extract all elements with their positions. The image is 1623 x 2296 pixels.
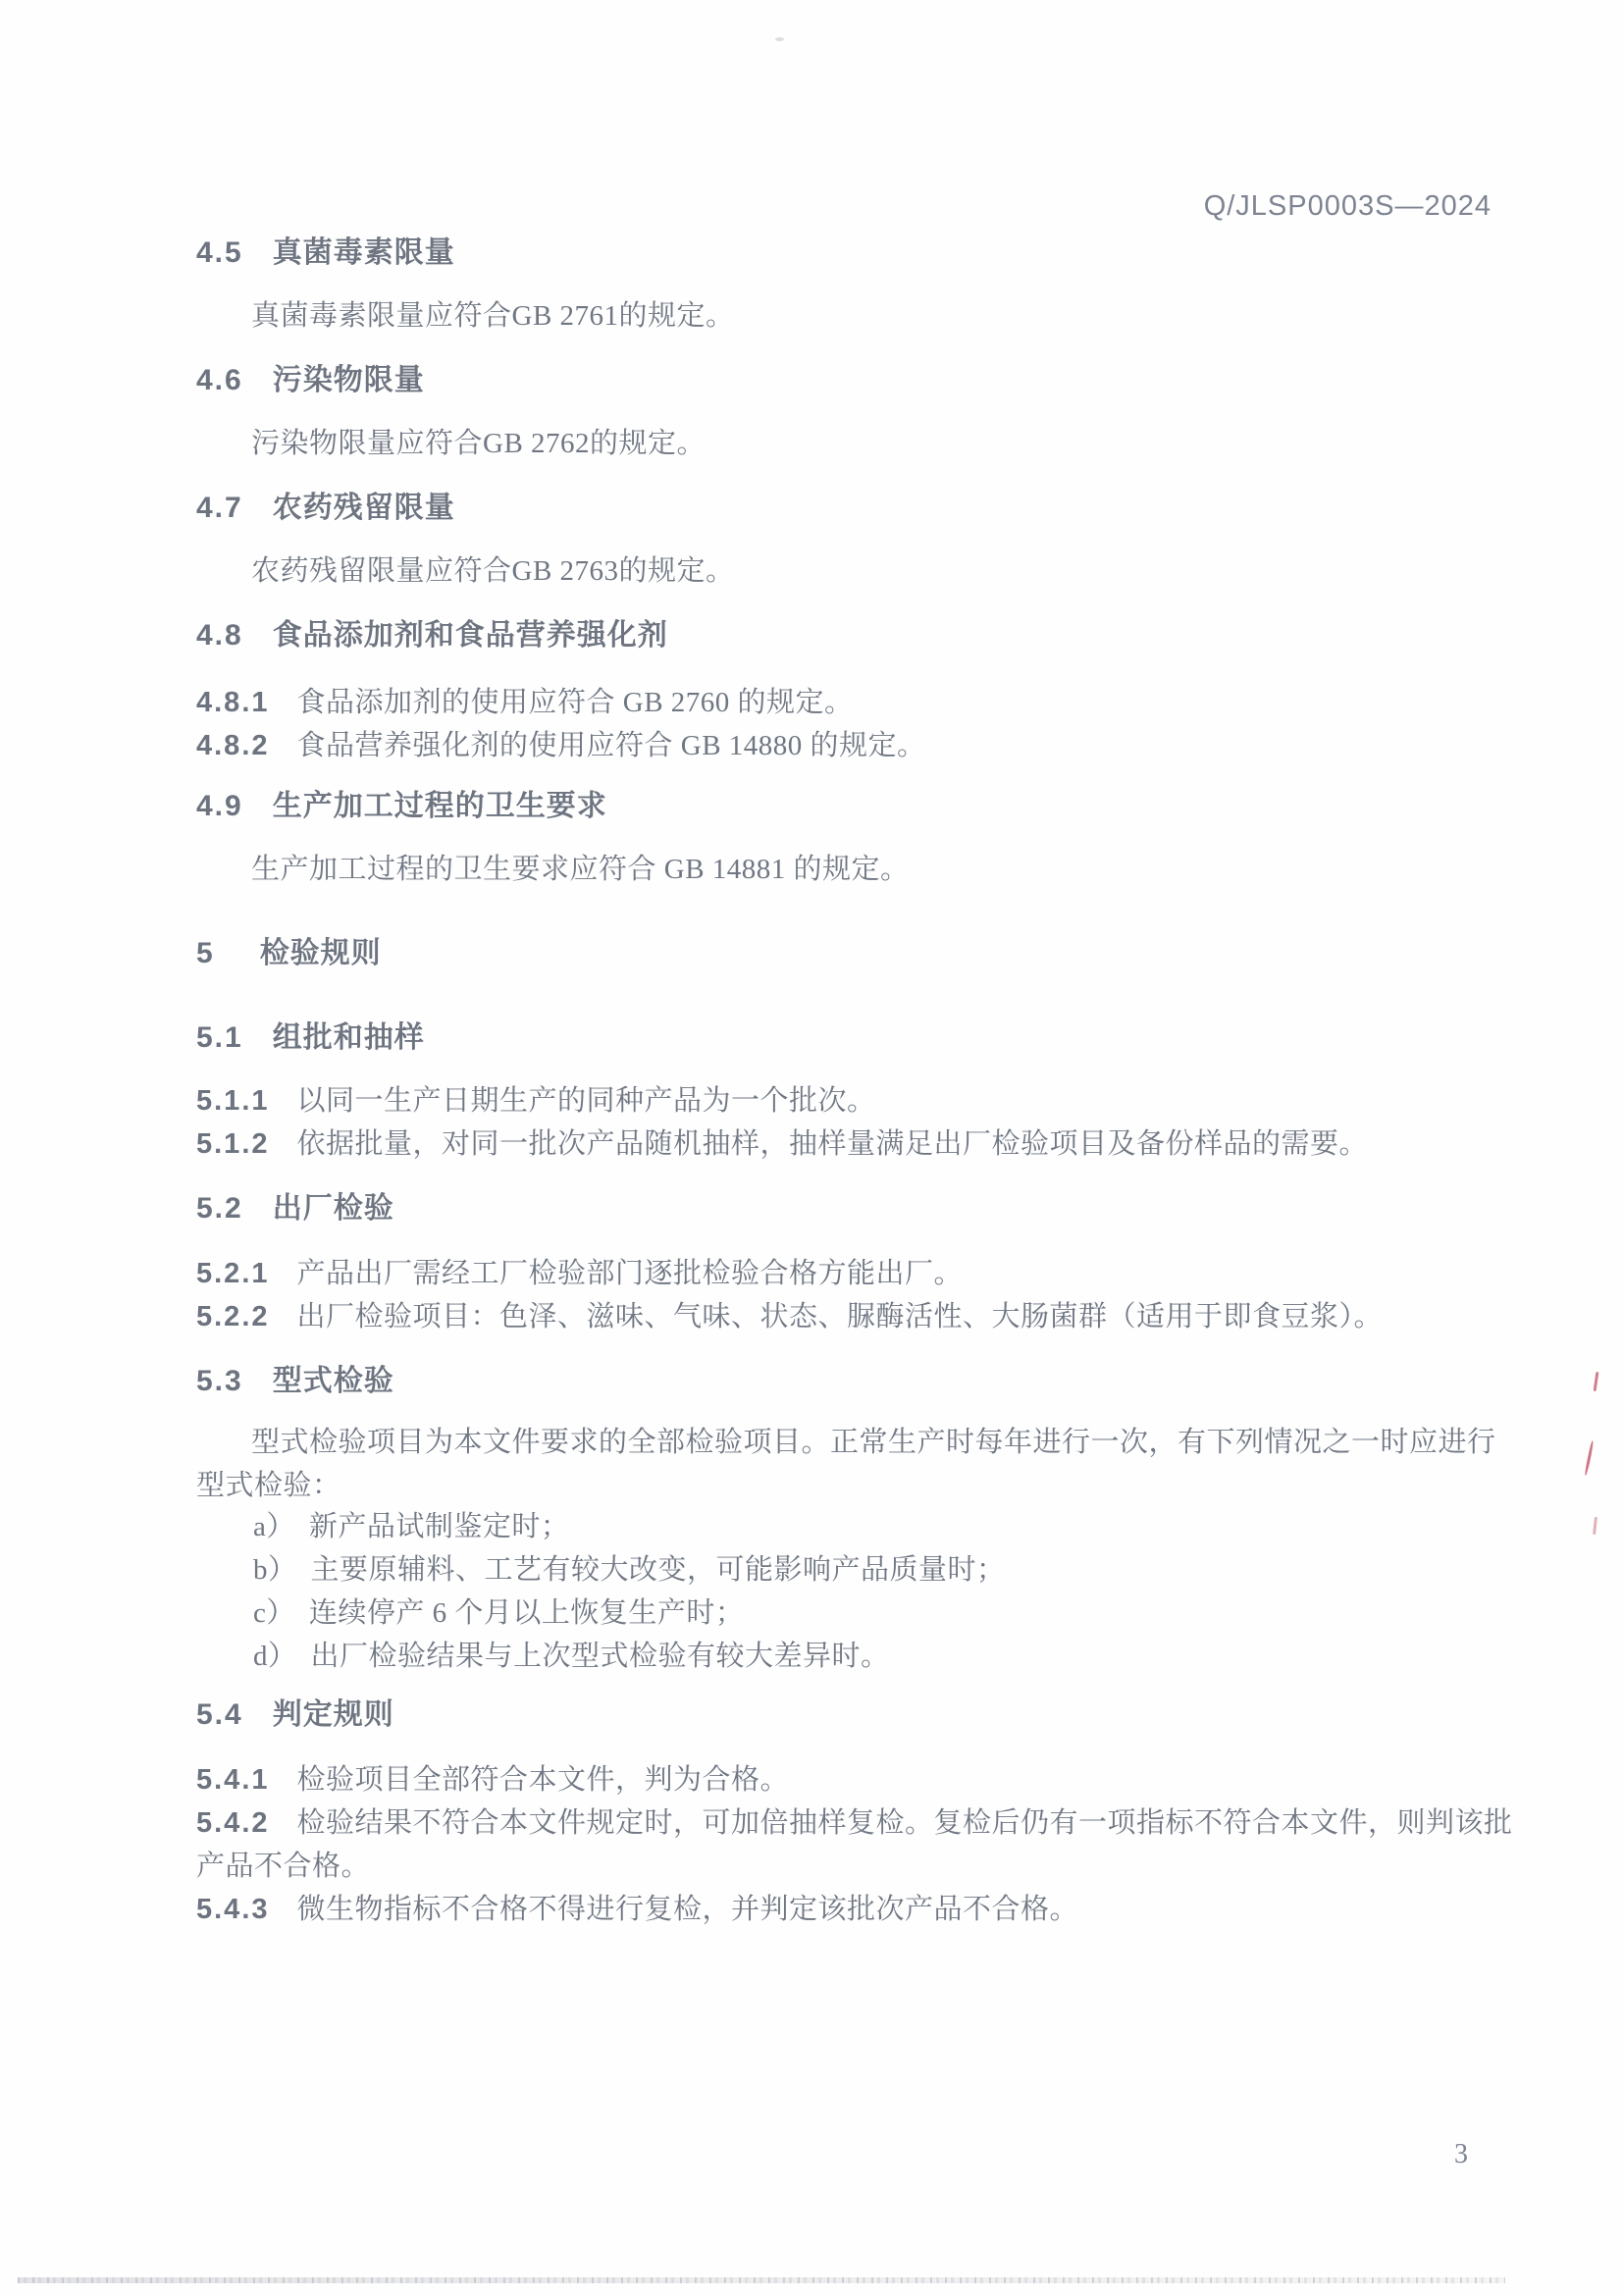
list-item-b: b）主要原辅料、工艺有较大改变，可能影响产品质量时； xyxy=(253,1548,1006,1592)
list-text: 连续停产 6 个月以上恢复生产时； xyxy=(309,1597,745,1629)
paragraph-line-2: 型式检验： xyxy=(196,1464,1496,1507)
section-number: 4.8 xyxy=(196,619,243,652)
clause-number: 5.4.2 xyxy=(196,1807,270,1839)
clause-number: 5.2.1 xyxy=(196,1258,270,1289)
section-number: 5.2 xyxy=(196,1192,243,1225)
section-title: 型式检验 xyxy=(273,1365,394,1397)
list-text: 出厂检验结果与上次型式检验有较大差异时。 xyxy=(311,1641,890,1672)
list-item-c: c）连续停产 6 个月以上恢复生产时； xyxy=(253,1592,744,1635)
clause-5-1-1: 5.1.1以同一生产日期生产的同种产品为一个批次。 xyxy=(196,1079,876,1122)
section-title: 检验规则 xyxy=(260,937,382,969)
section-heading-5-2: 5.2出厂检验 xyxy=(196,1187,394,1230)
section-heading-5-1: 5.1组批和抽样 xyxy=(196,1017,425,1060)
scan-artifact-line xyxy=(18,2277,1505,2283)
clause-text: 依据批量，对同一批次产品随机抽样，抽样量满足出厂检验项目及备份样品的需要。 xyxy=(297,1128,1369,1160)
scan-speck xyxy=(775,37,784,41)
clause-number: 5.2.2 xyxy=(196,1301,270,1332)
scanned-document-page: Q/JLSP0003S—2024 4.5真菌毒素限量 真菌毒素限量应符合GB 2… xyxy=(0,0,1623,2296)
list-text: 新产品试制鉴定时； xyxy=(309,1511,570,1542)
section-heading-4-6: 4.6污染物限量 xyxy=(196,359,425,402)
clause-text: 食品添加剂的使用应符合 GB 2760 的规定。 xyxy=(297,687,854,718)
clause-4-8-1: 4.8.1食品添加剂的使用应符合 GB 2760 的规定。 xyxy=(196,681,854,724)
list-text: 主要原辅料、工艺有较大改变，可能影响产品质量时； xyxy=(311,1554,1006,1586)
red-pen-mark xyxy=(1594,1372,1599,1391)
section-number: 5.3 xyxy=(196,1365,243,1397)
list-marker: b） xyxy=(253,1554,297,1586)
clause-number: 5.4.1 xyxy=(196,1764,270,1796)
paragraph-5-3: 型式检验项目为本文件要求的全部检验项目。正常生产时每年进行一次，有下列情况之一时… xyxy=(196,1421,1496,1507)
section-title: 生产加工过程的卫生要求 xyxy=(273,790,607,822)
section-heading-5-3: 5.3型式检验 xyxy=(196,1360,394,1403)
list-marker: a） xyxy=(253,1511,295,1542)
section-title: 出厂检验 xyxy=(273,1192,394,1225)
clause-5-2-2: 5.2.2出厂检验项目：色泽、滋味、气味、状态、脲酶活性、大肠菌群（适用于即食豆… xyxy=(196,1295,1383,1338)
paragraph-4-9: 生产加工过程的卫生要求应符合 GB 14881 的规定。 xyxy=(251,848,910,891)
section-heading-4-9: 4.9生产加工过程的卫生要求 xyxy=(196,785,607,828)
section-title: 判定规则 xyxy=(273,1698,394,1731)
clause-4-8-2: 4.8.2食品营养强化剂的使用应符合 GB 14880 的规定。 xyxy=(196,724,926,767)
section-title: 污染物限量 xyxy=(273,364,425,396)
clause-5-2-1: 5.2.1产品出厂需经工厂检验部门逐批检验合格方能出厂。 xyxy=(196,1252,963,1295)
clause-5-4-3: 5.4.3微生物指标不合格不得进行复检，并判定该批次产品不合格。 xyxy=(196,1888,1078,1931)
clause-5-4-1: 5.4.1检验项目全部符合本文件，判为合格。 xyxy=(196,1758,789,1801)
list-marker: c） xyxy=(253,1597,295,1629)
paragraph-4-5: 真菌毒素限量应符合GB 2761的规定。 xyxy=(251,294,735,338)
clause-text: 微生物指标不合格不得进行复检，并判定该批次产品不合格。 xyxy=(297,1894,1079,1925)
page-number: 3 xyxy=(1454,2139,1468,2170)
section-number: 4.9 xyxy=(196,790,243,822)
list-item-d: d）出厂检验结果与上次型式检验有较大差异时。 xyxy=(253,1635,890,1678)
clause-number: 4.8.1 xyxy=(196,687,270,718)
clause-line-1: 5.4.2检验结果不符合本文件规定时，可加倍抽样复检。复检后仍有一项指标不符合本… xyxy=(196,1801,1513,1845)
section-heading-4-8: 4.8食品添加剂和食品营养强化剂 xyxy=(196,614,668,657)
section-heading-5-4: 5.4判定规则 xyxy=(196,1694,394,1737)
section-heading-5: 5检验规则 xyxy=(196,932,382,975)
clause-text: 出厂检验项目：色泽、滋味、气味、状态、脲酶活性、大肠菌群（适用于即食豆浆）。 xyxy=(297,1301,1384,1332)
doc-code: Q/JLSP0003S—2024 xyxy=(1204,190,1492,223)
clause-text: 以同一生产日期生产的同种产品为一个批次。 xyxy=(297,1085,876,1117)
clause-text: 检验结果不符合本文件规定时，可加倍抽样复检。复检后仍有一项指标不符合本文件，则判… xyxy=(297,1807,1513,1839)
section-heading-4-7: 4.7农药残留限量 xyxy=(196,487,455,530)
section-number: 4.6 xyxy=(196,364,243,396)
section-number: 5.4 xyxy=(196,1698,243,1731)
clause-text: 检验项目全部符合本文件，判为合格。 xyxy=(297,1764,790,1796)
section-title: 组批和抽样 xyxy=(273,1021,425,1054)
section-number: 4.7 xyxy=(196,492,243,524)
paragraph-4-7: 农药残留限量应符合GB 2763的规定。 xyxy=(251,549,735,593)
section-number: 5.1 xyxy=(196,1021,243,1054)
clause-text: 食品营养强化剂的使用应符合 GB 14880 的规定。 xyxy=(297,730,926,761)
list-marker: d） xyxy=(253,1641,297,1672)
paragraph-4-6: 污染物限量应符合GB 2762的规定。 xyxy=(251,422,706,465)
list-item-a: a）新产品试制鉴定时； xyxy=(253,1505,569,1548)
clause-line-2: 产品不合格。 xyxy=(196,1845,1513,1888)
red-pen-mark xyxy=(1584,1440,1594,1476)
clause-number: 5.1.2 xyxy=(196,1128,270,1160)
section-title: 真菌毒素限量 xyxy=(273,236,455,269)
section-title: 农药残留限量 xyxy=(273,492,455,524)
clause-text: 产品出厂需经工厂检验部门逐批检验合格方能出厂。 xyxy=(297,1258,964,1289)
section-number: 5 xyxy=(196,937,215,969)
section-number: 4.5 xyxy=(196,236,243,269)
clause-5-1-2: 5.1.2依据批量，对同一批次产品随机抽样，抽样量满足出厂检验项目及备份样品的需… xyxy=(196,1122,1368,1166)
section-title: 食品添加剂和食品营养强化剂 xyxy=(273,619,668,652)
clause-number: 4.8.2 xyxy=(196,730,270,761)
clause-number: 5.4.3 xyxy=(196,1894,270,1925)
clause-number: 5.1.1 xyxy=(196,1085,270,1117)
section-heading-4-5: 4.5真菌毒素限量 xyxy=(196,232,455,275)
paragraph-line-1: 型式检验项目为本文件要求的全部检验项目。正常生产时每年进行一次，有下列情况之一时… xyxy=(196,1421,1496,1464)
red-pen-mark xyxy=(1593,1517,1597,1535)
clause-5-4-2: 5.4.2检验结果不符合本文件规定时，可加倍抽样复检。复检后仍有一项指标不符合本… xyxy=(196,1801,1513,1888)
